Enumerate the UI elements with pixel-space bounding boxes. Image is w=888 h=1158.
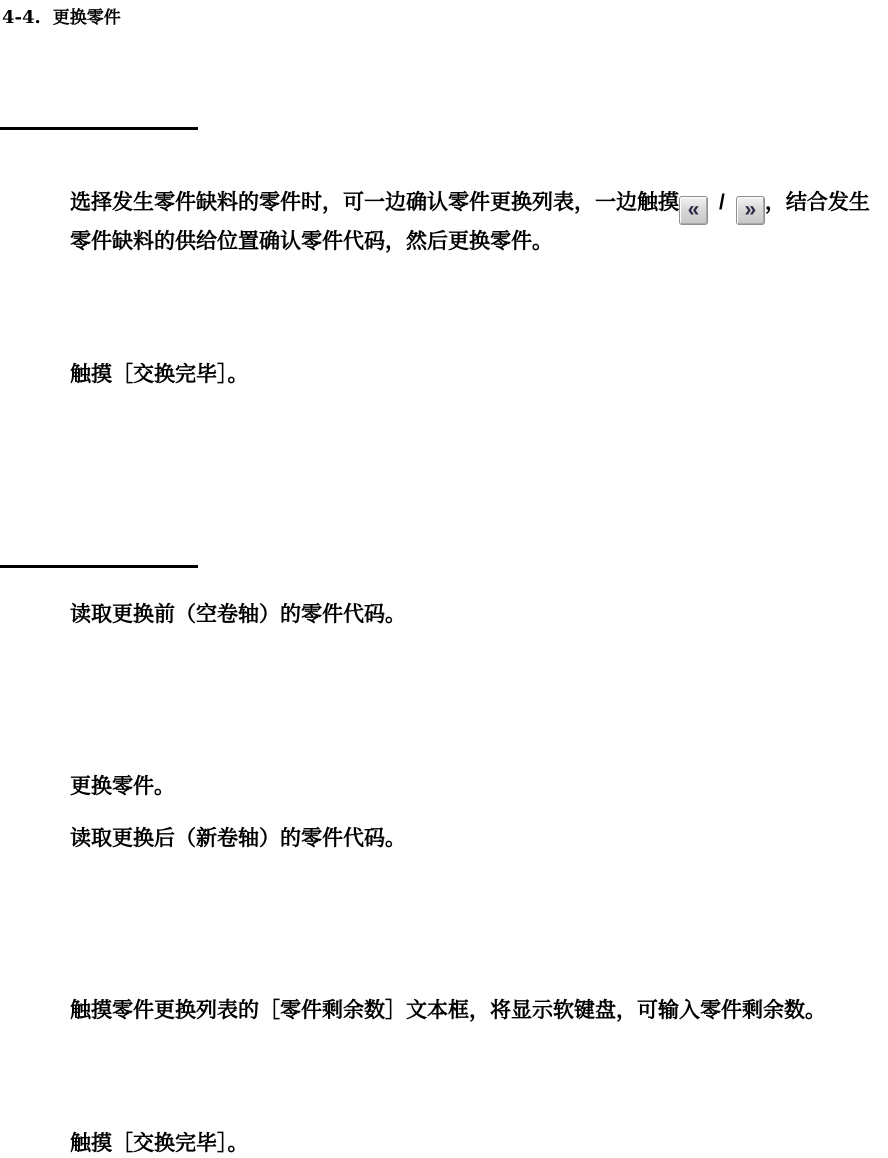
step-enter-remaining-count: 触摸零件更换列表的［零件剩余数］文本框，将显示软键盘，可输入零件剩余数。 bbox=[70, 998, 826, 1024]
intro-paragraph: 选择发生零件缺料的零件时，可一边确认零件更换列表，一边触摸«/»，结合发生零件缺… bbox=[70, 186, 888, 258]
section-number: 4-4. bbox=[2, 7, 41, 28]
manual-page: { "header": { "number": "4-4.", "title":… bbox=[0, 0, 888, 1158]
step-touch-exchange-complete-1: 触摸［交换完毕］。 bbox=[70, 362, 249, 388]
step-replace-part: 更换零件。 bbox=[70, 774, 175, 800]
page-title: 4-4.更换零件 bbox=[2, 3, 121, 28]
intro-text-before-buttons: 选择发生零件缺料的零件时，可一边确认零件更换列表，一边触摸 bbox=[70, 191, 679, 214]
next-page-button-icon: » bbox=[736, 196, 765, 225]
step-touch-exchange-complete-2: 触摸［交换完毕］。 bbox=[70, 1131, 249, 1157]
section-divider-rule bbox=[0, 127, 198, 130]
separator-slash: / bbox=[719, 186, 725, 219]
step-read-code-after: 读取更换后（新卷轴）的零件代码。 bbox=[70, 826, 406, 852]
step-read-code-before: 读取更换前（空卷轴）的零件代码。 bbox=[70, 602, 406, 628]
section-divider-rule bbox=[0, 565, 198, 568]
section-title-text: 更换零件 bbox=[53, 8, 121, 27]
prev-page-button-icon: « bbox=[679, 196, 708, 225]
